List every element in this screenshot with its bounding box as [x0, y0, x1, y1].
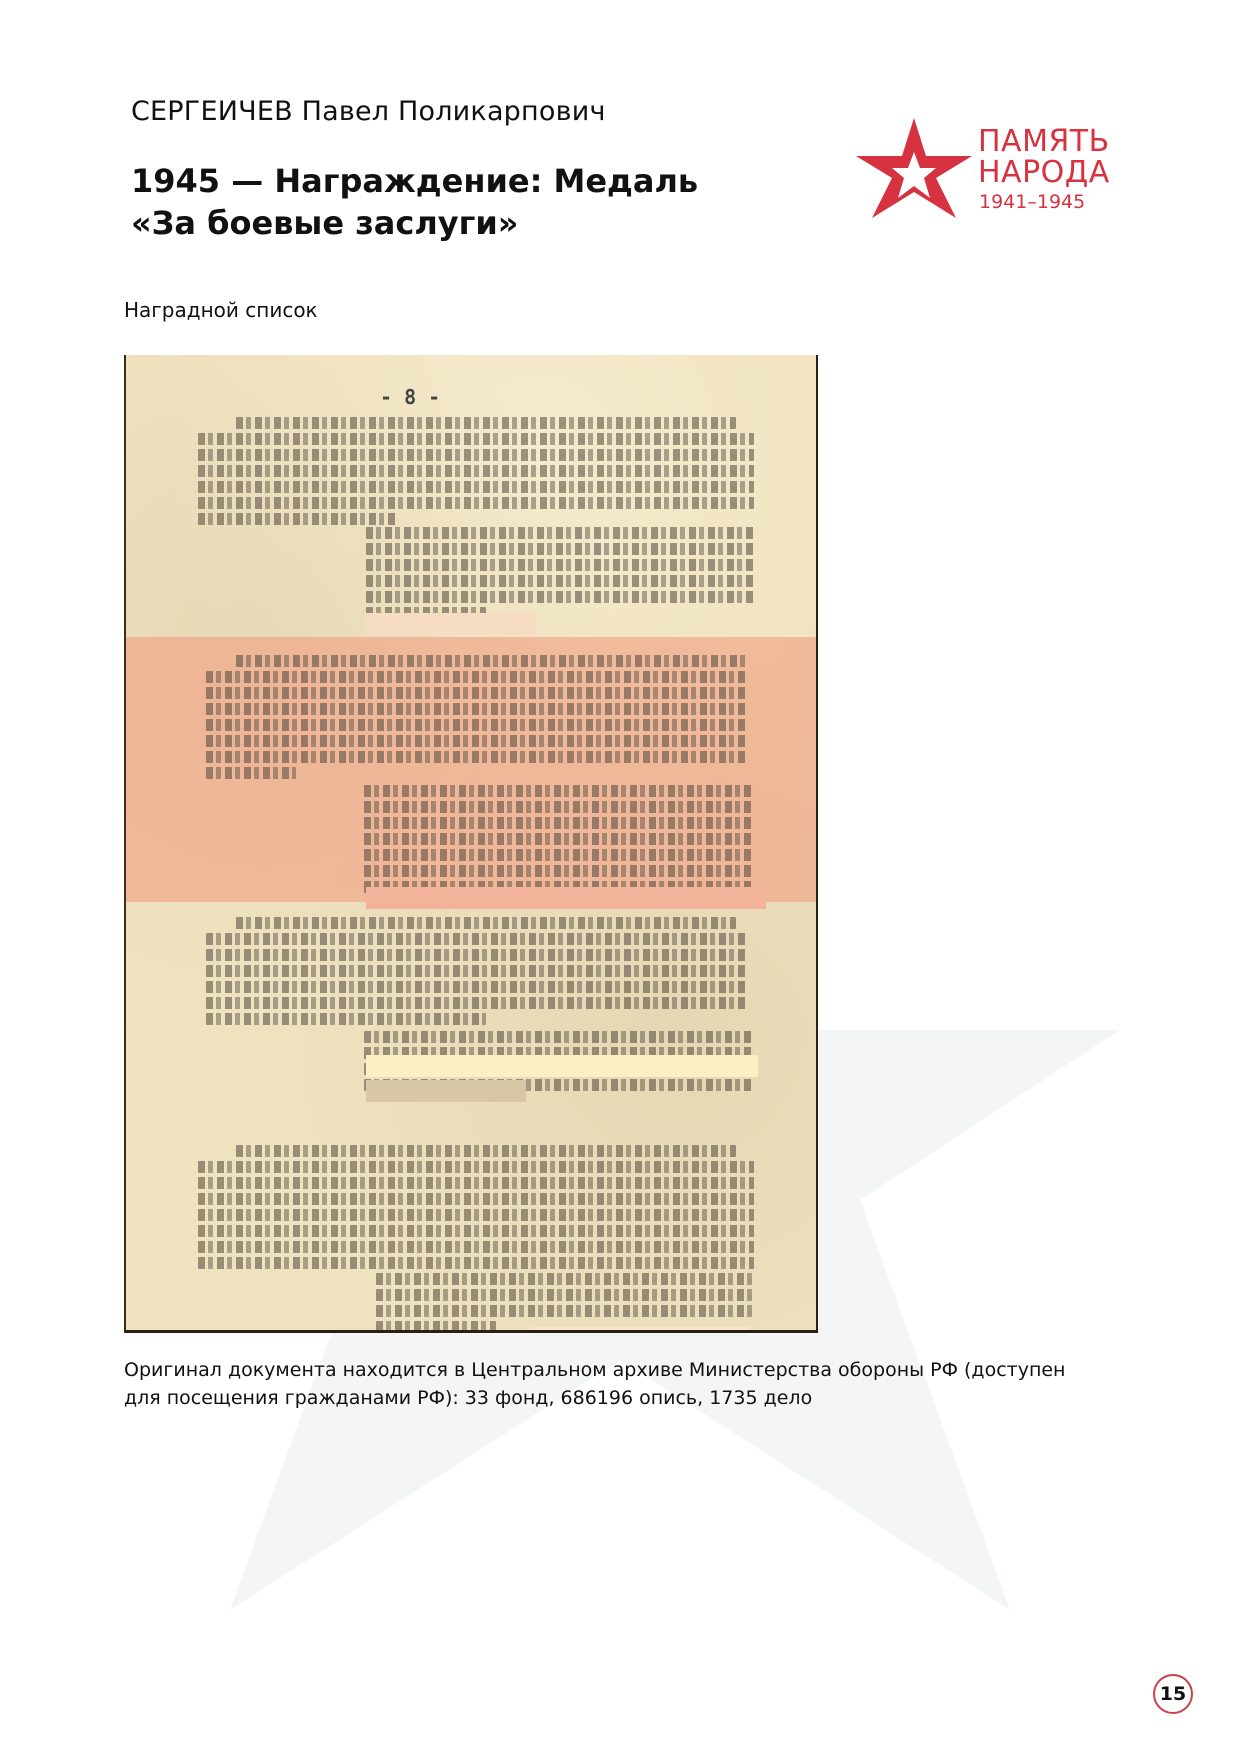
typed-text-line [236, 1145, 736, 1157]
redaction-patch [530, 1327, 750, 1333]
redaction-patch [366, 613, 536, 635]
redaction-patch [366, 1080, 526, 1102]
typed-text-line [198, 433, 754, 445]
typed-text-line [206, 703, 746, 715]
redaction-patch [366, 887, 766, 909]
typed-text-line [364, 1031, 754, 1043]
typed-text-line [198, 1241, 754, 1253]
typed-text-line [366, 591, 756, 603]
typed-text-line [364, 785, 754, 797]
typed-text-line [206, 751, 746, 763]
person-name: СЕРГЕИЧЕВ Павел Поликарпович [131, 96, 606, 127]
typed-text-line [376, 1321, 496, 1333]
typed-text-line [206, 671, 746, 683]
logo-years: 1941–1945 [979, 191, 1085, 213]
section-label: Наградной список [124, 298, 318, 322]
typed-text-line [206, 949, 746, 961]
typed-text-line [198, 1177, 754, 1189]
typed-text-line [198, 513, 398, 525]
typed-text-line [198, 1225, 754, 1237]
typed-text-line [206, 997, 746, 1009]
typed-text-line [364, 865, 754, 877]
typed-text-line [366, 543, 756, 555]
typed-text-line [364, 849, 754, 861]
typed-text-line [236, 417, 736, 429]
typed-text-line [206, 735, 746, 747]
typed-text-line [376, 1305, 756, 1317]
typed-text-line [198, 497, 754, 509]
typed-text-line [198, 465, 754, 477]
pamyat-naroda-logo[interactable]: ПАМЯТЬ НАРОДА 1941–1945 [850, 118, 1150, 218]
typed-text-line [366, 559, 756, 571]
logo-line1: ПАМЯТЬ [978, 124, 1110, 159]
award-title: 1945 — Награждение: Медаль «За боевые за… [131, 160, 771, 244]
typed-text-line [206, 1013, 486, 1025]
typed-text-line [198, 1193, 754, 1205]
page-number: 15 [1153, 1674, 1193, 1714]
typed-text-line [198, 481, 754, 493]
typed-text-line [366, 575, 756, 587]
typed-text-line [198, 1257, 754, 1269]
typed-text-line [366, 527, 756, 539]
award-document-scan[interactable]: - 8 - [124, 355, 818, 1333]
typed-text-line [206, 965, 746, 977]
redaction-patch [366, 1055, 758, 1077]
typed-text-line [364, 833, 754, 845]
typed-text-line [376, 1273, 756, 1285]
typed-text-line [206, 767, 296, 779]
typed-text-line [236, 655, 746, 667]
red-star-icon [856, 118, 972, 218]
typed-text-line [198, 1209, 754, 1221]
typed-text-line [364, 801, 754, 813]
logo-line2: НАРОДА [978, 155, 1110, 190]
typed-text-line [236, 917, 736, 929]
typed-text-line [206, 981, 746, 993]
typed-text-line [198, 449, 754, 461]
archive-caption: Оригинал документа находится в Центральн… [124, 1356, 1104, 1412]
page-marker: - 8 - [380, 385, 440, 409]
typed-text-line [206, 933, 746, 945]
typed-text-line [376, 1289, 756, 1301]
typed-text-line [206, 719, 746, 731]
typed-text-line [206, 687, 746, 699]
typed-text-line [198, 1161, 754, 1173]
typed-text-line [364, 817, 754, 829]
